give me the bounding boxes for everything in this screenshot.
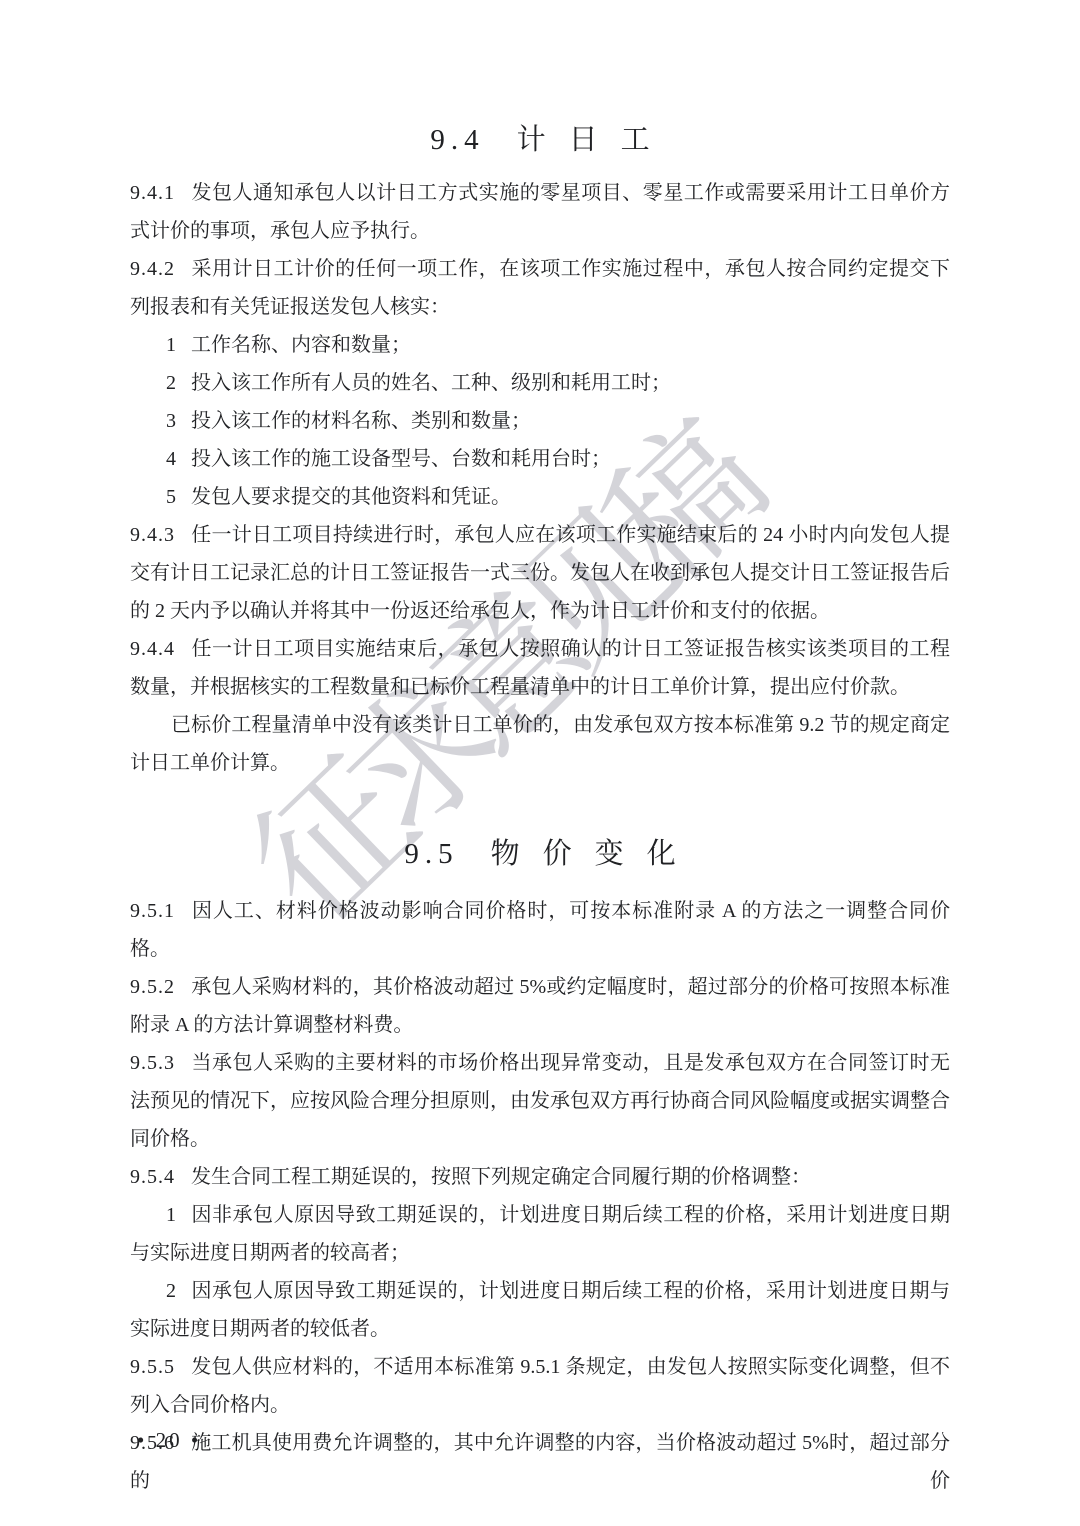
paragraph-text: 当承包人采购的主要材料的市场价格出现异常变动，且是发承包双方在合同签订时无法预见… <box>130 1052 950 1150</box>
section-title: 物价变化 <box>491 838 699 870</box>
paragraph-text: 发包人通知承包人以计日工方式实施的零星项目、零星工作或需要采用计工日单价方式计价… <box>130 182 950 242</box>
page-number: • 20 • <box>137 1428 201 1453</box>
clause-number: 2 <box>166 1280 177 1302</box>
clause-number: 2 <box>166 372 177 394</box>
clause-number: 9.4.3 <box>130 524 175 546</box>
clause-number: 9.4.2 <box>130 258 175 280</box>
clause-number: 1 <box>166 1204 177 1226</box>
paragraph-text: 已标价工程量清单中没有该类计日工单价的，由发承包双方按本标准第 9.2 节的规定… <box>130 714 950 774</box>
clause-number: 9.5.2 <box>130 976 175 998</box>
clause-number: 4 <box>166 448 177 470</box>
paragraph-text: 发生合同工程工期延误的，按照下列规定确定合同履行期的价格调整： <box>191 1166 811 1188</box>
clause-number: 9.5.3 <box>130 1052 175 1074</box>
clause-paragraph: 9.5.5发包人供应材料的，不适用本标准第 9.5.1 条规定，由发包人按照实际… <box>130 1348 950 1424</box>
section-9-4-paragraphs: 9.4.1发包人通知承包人以计日工方式实施的零星项目、零星工作或需要采用计工日单… <box>130 174 950 782</box>
paragraph-text: 投入该工作所有人员的姓名、工种、级别和耗用工时； <box>191 372 671 394</box>
section-9-5-paragraphs: 9.5.1因人工、材料价格波动影响合同价格时，可按本标准附录 A 的方法之一调整… <box>130 892 950 1500</box>
page-content: 9.4计日工 9.4.1发包人通知承包人以计日工方式实施的零星项目、零星工作或需… <box>130 118 950 1500</box>
clause-number: 1 <box>166 334 177 356</box>
clause-number: 9.5.4 <box>130 1166 175 1188</box>
clause-paragraph: 9.4.3任一计日工项目持续进行时，承包人应在该项工作实施结束后的 24 小时内… <box>130 516 950 630</box>
clause-paragraph: 9.4.1发包人通知承包人以计日工方式实施的零星项目、零星工作或需要采用计工日单… <box>130 174 950 250</box>
paragraph-text: 任一计日工项目实施结束后，承包人按照确认的计日工签证报告核实该类项目的工程数量，… <box>130 638 950 698</box>
clause-number: 9.4.4 <box>130 638 175 660</box>
list-item-paragraph: 1工作名称、内容和数量； <box>130 326 950 364</box>
list-item-paragraph: 1因非承包人原因导致工期延误的，计划进度日期后续工程的价格，采用计划进度日期与实… <box>130 1196 950 1272</box>
paragraph-text: 发包人要求提交的其他资料和凭证。 <box>191 486 511 508</box>
clause-paragraph: 9.5.2承包人采购材料的，其价格波动超过 5%或约定幅度时，超过部分的价格可按… <box>130 968 950 1044</box>
list-item-paragraph: 2因承包人原因导致工期延误的，计划进度日期后续工程的价格，采用计划进度日期与实际… <box>130 1272 950 1348</box>
clause-paragraph: 9.5.4发生合同工程工期延误的，按照下列规定确定合同履行期的价格调整： <box>130 1158 950 1196</box>
clause-paragraph: 9.4.4任一计日工项目实施结束后，承包人按照确认的计日工签证报告核实该类项目的… <box>130 630 950 706</box>
list-item-paragraph: 4投入该工作的施工设备型号、台数和耗用台时； <box>130 440 950 478</box>
paragraph-text: 因承包人原因导致工期延误的，计划进度日期后续工程的价格，采用计划进度日期与实际进… <box>130 1280 950 1340</box>
section-number: 9.4 <box>430 124 484 156</box>
clause-number: 9.5.5 <box>130 1356 175 1378</box>
paragraph-text: 采用计日工计价的任何一项工作，在该项工作实施过程中，承包人按合同约定提交下列报表… <box>130 258 950 318</box>
paragraph-text: 投入该工作的材料名称、类别和数量； <box>191 410 531 432</box>
section-title: 计日工 <box>517 124 673 156</box>
list-item-paragraph: 2投入该工作所有人员的姓名、工种、级别和耗用工时； <box>130 364 950 402</box>
paragraph-text: 承包人采购材料的，其价格波动超过 5%或约定幅度时，超过部分的价格可按照本标准附… <box>130 976 950 1036</box>
clause-paragraph: 9.4.2采用计日工计价的任何一项工作，在该项工作实施过程中，承包人按合同约定提… <box>130 250 950 326</box>
list-item-paragraph: 5发包人要求提交的其他资料和凭证。 <box>130 478 950 516</box>
plain-paragraph: 已标价工程量清单中没有该类计日工单价的，由发承包双方按本标准第 9.2 节的规定… <box>130 706 950 782</box>
paragraph-text: 因非承包人原因导致工期延误的，计划进度日期后续工程的价格，采用计划进度日期与实际… <box>130 1204 950 1264</box>
section-heading-9-5: 9.5物价变化 <box>130 832 950 876</box>
list-item-paragraph: 3投入该工作的材料名称、类别和数量； <box>130 402 950 440</box>
paragraph-text: 投入该工作的施工设备型号、台数和耗用台时； <box>191 448 611 470</box>
clause-number: 9.4.1 <box>130 182 175 204</box>
paragraph-text: 因人工、材料价格波动影响合同价格时，可按本标准附录 A 的方法之一调整合同价格。 <box>130 900 950 960</box>
clause-paragraph: 9.5.1因人工、材料价格波动影响合同价格时，可按本标准附录 A 的方法之一调整… <box>130 892 950 968</box>
clause-number: 3 <box>166 410 177 432</box>
paragraph-text: 施工机具使用费允许调整的，其中允许调整的内容，当价格波动超过 5%时，超过部分的… <box>130 1432 950 1492</box>
clause-paragraph: 9.5.6施工机具使用费允许调整的，其中允许调整的内容，当价格波动超过 5%时，… <box>130 1424 950 1500</box>
paragraph-text: 任一计日工项目持续进行时，承包人应在该项工作实施结束后的 24 小时内向发包人提… <box>130 524 950 622</box>
document-page: 征求意见稿 9.4计日工 9.4.1发包人通知承包人以计日工方式实施的零星项目、… <box>0 0 1080 1526</box>
section-heading-9-4: 9.4计日工 <box>130 118 950 162</box>
clause-paragraph: 9.5.3当承包人采购的主要材料的市场价格出现异常变动，且是发承包双方在合同签订… <box>130 1044 950 1158</box>
paragraph-text: 工作名称、内容和数量； <box>191 334 411 356</box>
paragraph-text: 发包人供应材料的，不适用本标准第 9.5.1 条规定，由发包人按照实际变化调整，… <box>130 1356 950 1416</box>
clause-number: 9.5.1 <box>130 900 175 922</box>
section-number: 9.5 <box>404 838 458 870</box>
clause-number: 5 <box>166 486 177 508</box>
